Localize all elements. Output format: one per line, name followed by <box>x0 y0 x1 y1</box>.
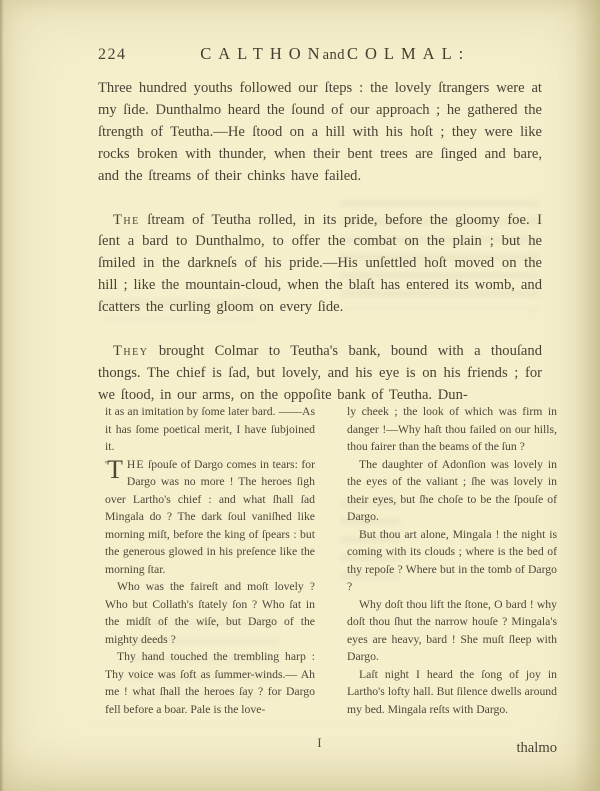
footnote-column-right: ly cheek ; the look of which was firm in… <box>347 403 557 718</box>
main-text-block: Three hundred youths followed our ſteps … <box>98 78 542 407</box>
footnote-paragraph: The daughter of Adonſion was lovely in t… <box>347 456 557 526</box>
footnote-text: Laſt night I heard the ſong of joy in La… <box>347 668 557 716</box>
footnote-text: Thy hand touched the trembling harp : Th… <box>105 650 315 716</box>
footnote-paragraph: ly cheek ; the look of which was firm in… <box>347 403 557 456</box>
footnote-paragraph: Who was the faireſt and moſt lovely ? Wh… <box>105 578 315 648</box>
paragraph: They brought Colmar to Teutha's bank, bo… <box>98 341 542 407</box>
paragraph: Three hundred youths followed our ſteps … <box>98 78 542 188</box>
paragraph-text: ſtream of Teutha rolled, in its pride, b… <box>98 212 542 316</box>
footnote-text: ſpouſe of Dargo comes in tears: for Darg… <box>105 458 315 576</box>
paragraph-lead: The <box>113 212 140 228</box>
running-title-connector: and <box>323 47 345 63</box>
footnote-column-left: it as an imitation by ſome later bard. —… <box>105 403 315 718</box>
footnote-text: Who was the faireſt and moſt lovely ? Wh… <box>105 580 315 646</box>
footnote-text: Why doſt thou lift the ſtone, O bard ! w… <box>347 598 557 664</box>
footnote-paragraph-dropcap: 'THE ſpouſe of Dargo comes in tears: for… <box>105 456 315 579</box>
catchword: thalmo <box>98 740 557 757</box>
book-page: 224 CALTHONandCOLMAL: Three hundred yout… <box>0 0 600 791</box>
paragraph-lead: They <box>113 343 148 359</box>
running-title-left: CALTHON <box>200 44 326 63</box>
drop-cap: 'T <box>105 456 127 484</box>
footnote-paragraph: Thy hand touched the trembling harp : Th… <box>105 648 315 718</box>
paragraph: The ſtream of Teutha rolled, in its prid… <box>98 210 542 320</box>
running-title: CALTHONandCOLMAL: <box>127 44 545 64</box>
drop-cap-lead: HE <box>127 458 145 471</box>
footnote-section: it as an imitation by ſome later bard. —… <box>105 403 557 718</box>
footnote-paragraph: Laſt night I heard the ſong of joy in La… <box>347 666 557 719</box>
footnote-paragraph: it as an imitation by ſome later bard. —… <box>105 403 315 456</box>
footnote-text: it as an imitation by ſome later bard. —… <box>105 405 315 453</box>
footnote-paragraph: But thou art alone, Mingala ! the night … <box>347 526 557 596</box>
drop-cap-letter: T <box>107 455 123 484</box>
page-header: 224 CALTHONandCOLMAL: <box>98 44 544 64</box>
paragraph-text: Three hundred youths followed our ſteps … <box>98 80 542 184</box>
footnote-text: The daughter of Adonſion was lovely in t… <box>347 458 557 524</box>
footnote-paragraph: Why doſt thou lift the ſtone, O bard ! w… <box>347 596 557 666</box>
footnote-text: ly cheek ; the look of which was firm in… <box>347 405 557 453</box>
paragraph-text: brought Colmar to Teutha's bank, bound w… <box>98 343 542 403</box>
page-number: 224 <box>98 46 127 64</box>
footnote-text: But thou art alone, Mingala ! the night … <box>347 528 557 594</box>
running-title-right: COLMAL: <box>347 44 470 63</box>
